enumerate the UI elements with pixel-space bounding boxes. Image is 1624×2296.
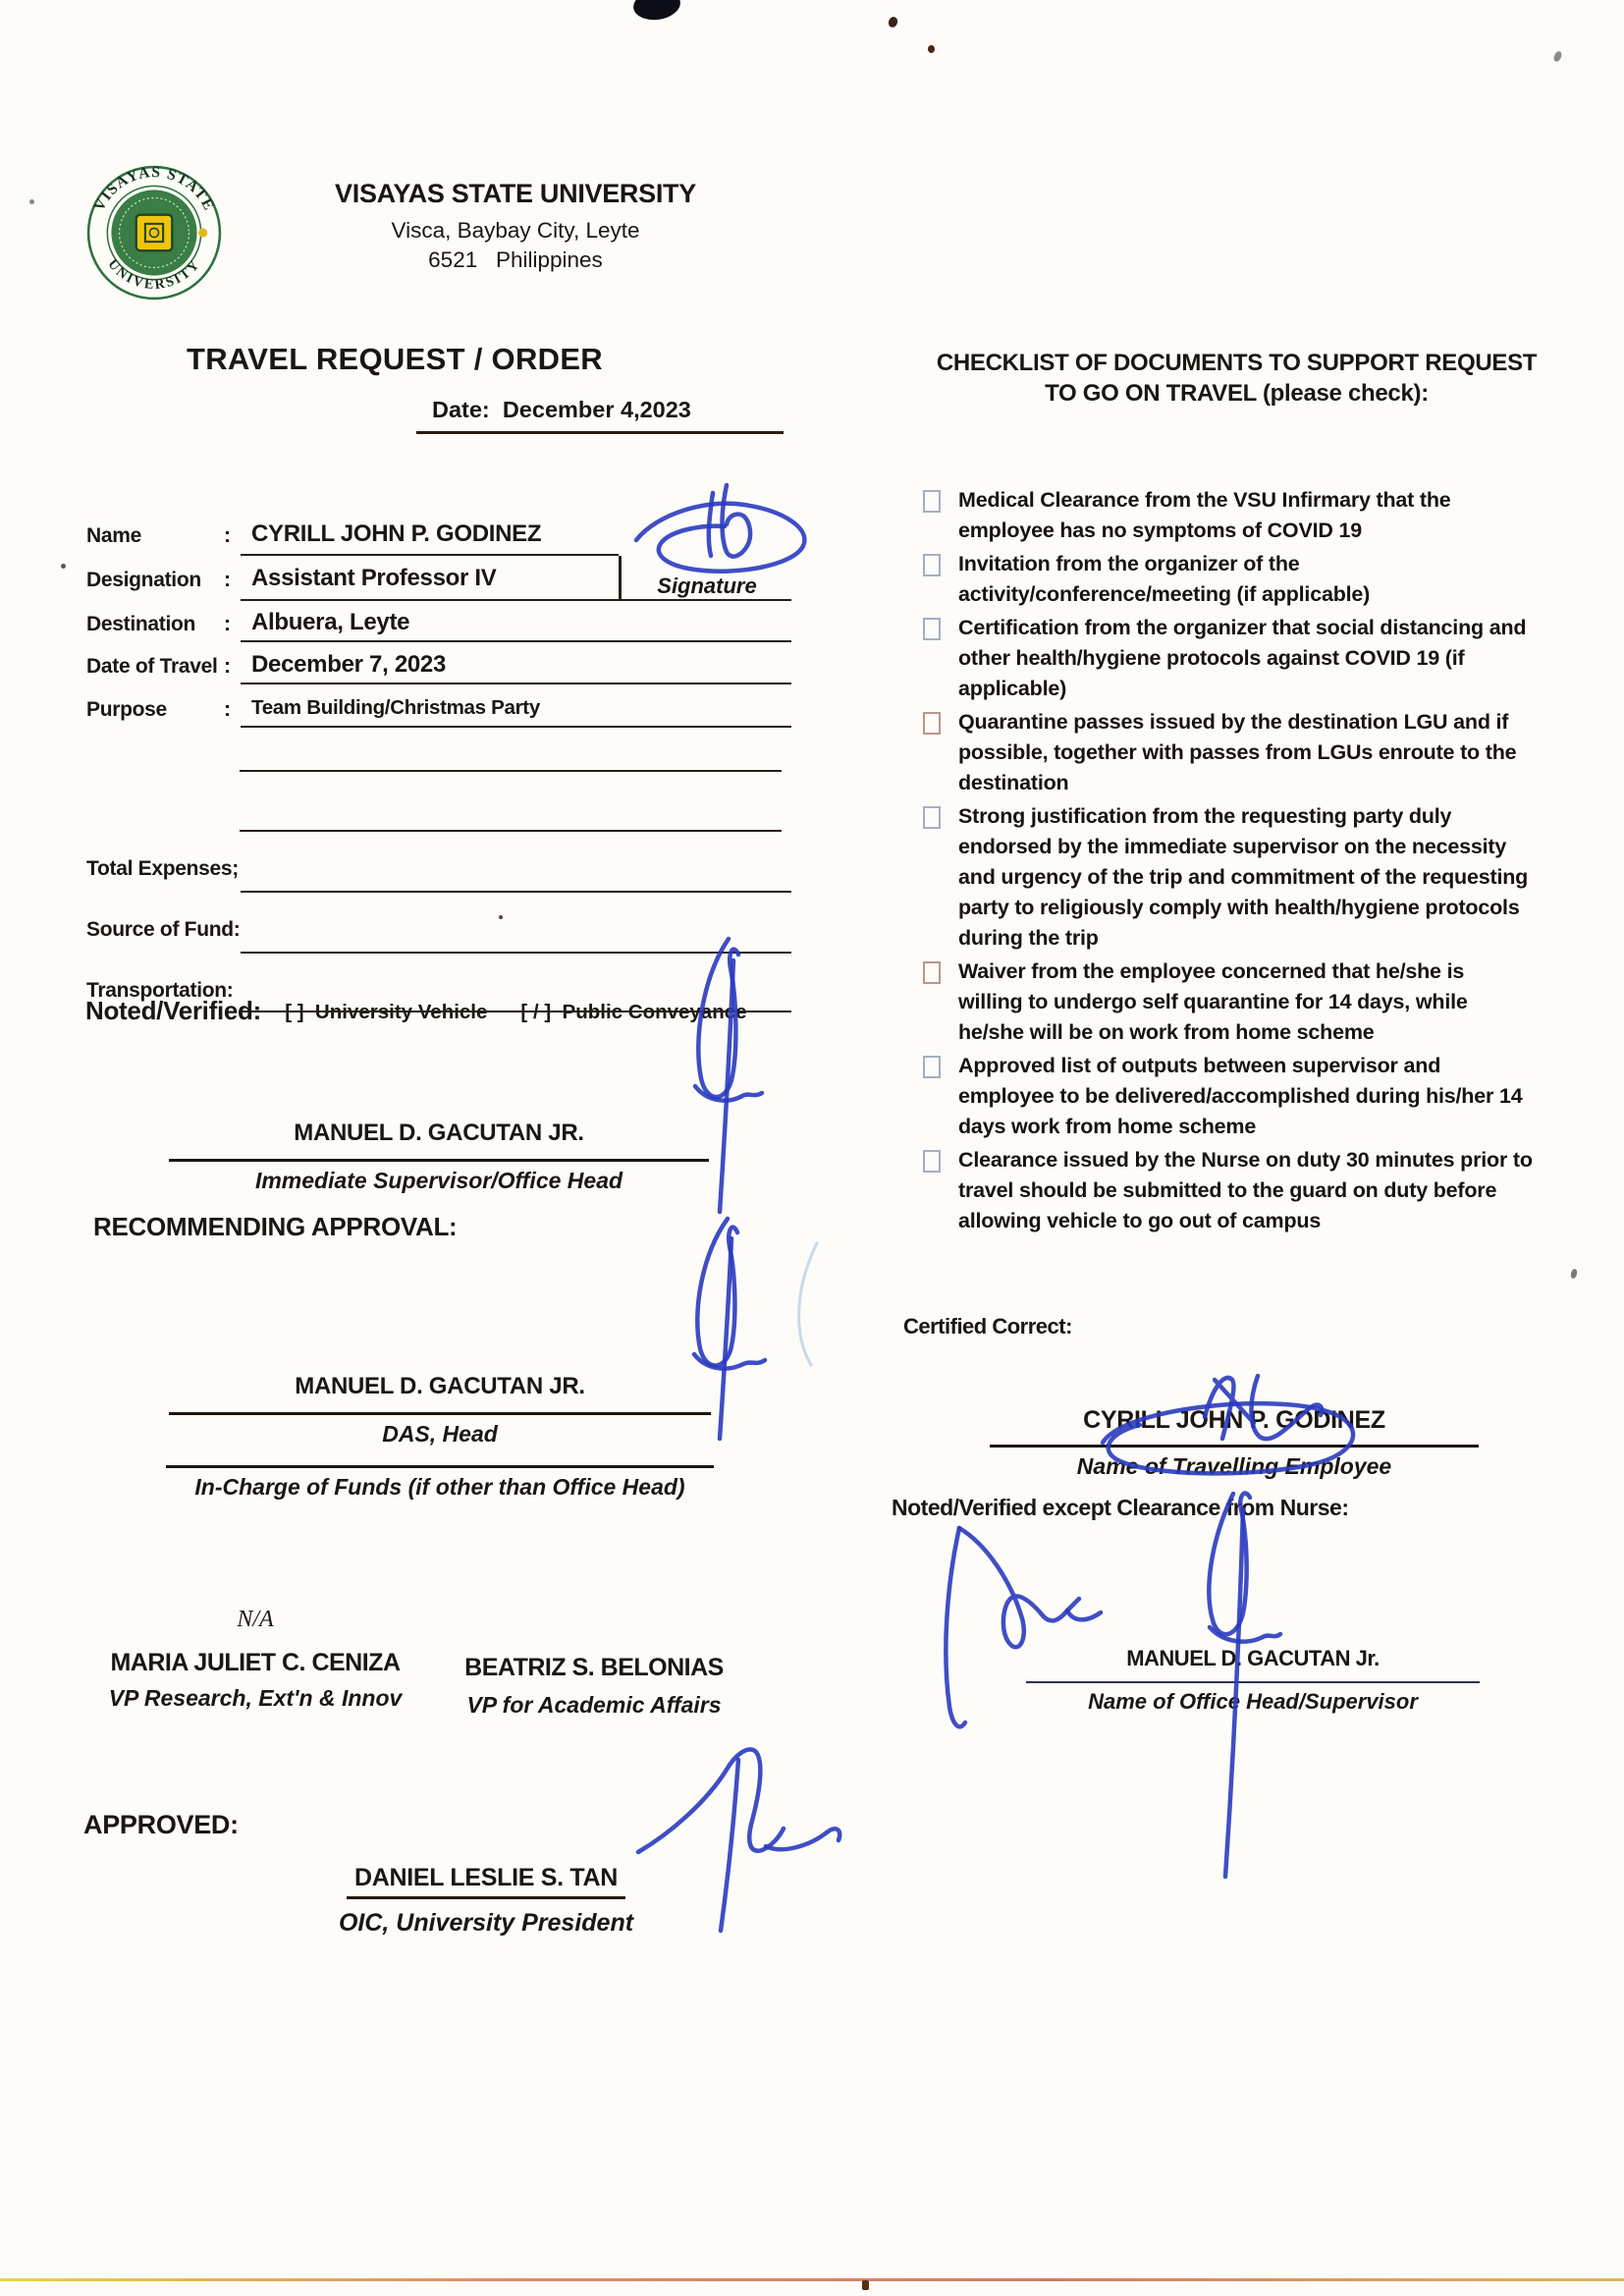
vp-research-name: MARIA JULIET C. CENIZA [93,1649,417,1677]
supervisor-name: MANUEL D. GACUTAN JR. [169,1120,709,1162]
checkbox-icon [923,1150,941,1173]
checkbox-icon [923,712,941,735]
checklist-item: Quarantine passes issued by the destinat… [923,707,1534,798]
checklist-heading-line1: CHECKLIST OF DOCUMENTS TO SUPPORT REQUES… [935,348,1539,378]
signature-cell-label: Signature [628,574,785,599]
scan-artifact-faint-ink-smudge [756,1235,844,1373]
checklist-item-text: Invitation from the organizer of the act… [958,549,1534,610]
travel-date-label: Date of Travel [86,655,218,679]
funds-caption: In-Charge of Funds (if other than Office… [166,1474,714,1501]
president-signature-block: DANIEL LESLIE S. TAN OIC, University Pre… [290,1864,682,1938]
university-seal-logo: VISAYAS STATE UNIVERSITY [84,163,224,302]
blank-line [240,770,782,772]
not-applicable-mark: N/A [93,1607,417,1633]
scan-artifact-dot [29,199,34,204]
total-expenses-label: Total Expenses; [86,857,239,881]
travel-date-value: December 7, 2023 [251,651,446,679]
purpose-label: Purpose [86,698,167,722]
scan-artifact-dot [61,564,66,569]
transportation-options: [ ] University Vehicle[ / ] Public Conve… [251,977,781,1048]
purpose-value: Team Building/Christmas Party [251,696,540,720]
office-head-caption: Name of Office Head/Supervisor [1026,1689,1480,1715]
checkbox-icon [923,961,941,984]
colon: : [224,613,231,636]
checklist-item-text: Certification from the organizer that so… [958,613,1534,704]
checklist-item: Waiver from the employee concerned that … [923,957,1534,1048]
supervisor-title: Immediate Supervisor/Office Head [169,1168,709,1194]
vp-academic-title: VP for Academic Affairs [432,1692,756,1719]
scanner-edge-line [0,2278,1624,2281]
date-value: December 4,2023 [503,397,691,422]
checkbox-icon [923,490,941,513]
vp-academic-name: BEATRIZ S. BELONIAS [432,1654,756,1682]
name-underline [241,554,619,556]
checkbox-icon [923,806,941,829]
purpose-underline [241,726,791,728]
total-expenses-underline [241,891,791,893]
travel-request-form: Name : CYRILL JOHN P. GODINEZ Designatio… [86,519,791,1029]
letterhead: VISAYAS STATE UNIVERSITY Visca, Baybay C… [295,179,736,275]
noted-verified-except-heading: Noted/Verified except Clearance from Nur… [892,1495,1349,1521]
scanned-travel-request-document: VISAYAS STATE UNIVERSITY VISAYAS STATE U… [0,0,1624,2296]
scan-artifact-dot [887,16,898,28]
destination-label: Destination [86,613,195,636]
seal-flower-dot [198,228,207,237]
approved-heading: APPROVED: [83,1810,239,1840]
travelling-employee-name: CYRILL JOHN P. GODINEZ [990,1406,1479,1448]
designation-underline [241,599,791,601]
scan-artifact-dot [1552,50,1563,63]
checklist-item-text: Clearance issued by the Nurse on duty 30… [958,1145,1534,1236]
in-charge-of-funds-block: In-Charge of Funds (if other than Office… [166,1426,714,1501]
checklist-item: Certification from the organizer that so… [923,613,1534,704]
office-head-block: MANUEL D. GACUTAN Jr. Name of Office Hea… [1026,1646,1480,1715]
checklist-heading-line2: TO GO ON TRAVEL (please check): [935,378,1539,409]
checklist-heading: CHECKLIST OF DOCUMENTS TO SUPPORT REQUES… [935,348,1539,409]
colon: : [224,698,231,722]
source-of-fund-label: Source of Fund: [86,918,241,942]
university-name: VISAYAS STATE UNIVERSITY [295,179,736,209]
designation-label: Designation [86,569,201,592]
university-address-line1: Visca, Baybay City, Leyte [295,216,736,246]
date-field: Date: December 4,2023 [416,397,784,434]
name-value: CYRILL JOHN P. GODINEZ [251,520,541,548]
travel-date-underline [241,683,791,684]
checklist-item: Approved list of outputs between supervi… [923,1051,1534,1142]
checklist-item: Medical Clearance from the VSU Infirmary… [923,485,1534,546]
vp-academic-block: BEATRIZ S. BELONIAS VP for Academic Affa… [432,1654,756,1719]
colon: : [224,524,231,548]
designation-value: Assistant Professor IV [251,565,497,592]
vp-research-block: N/A MARIA JULIET C. CENIZA VP Research, … [93,1607,417,1712]
checklist-item-text: Medical Clearance from the VSU Infirmary… [958,485,1534,546]
document-title: TRAVEL REQUEST / ORDER [187,342,603,377]
checklist-item-text: Quarantine passes issued by the destinat… [958,707,1534,798]
colon: : [224,655,231,679]
scan-artifact-dot [862,2280,869,2290]
scan-artifact-dot [1570,1268,1578,1279]
president-title: OIC, University President [290,1909,682,1938]
university-address-line2: 6521 Philippines [295,246,736,275]
office-head-name: MANUEL D. GACUTAN Jr. [1026,1646,1480,1683]
checklist-item: Clearance issued by the Nurse on duty 30… [923,1145,1534,1236]
name-label: Name [86,524,141,548]
date-label: Date: [432,397,490,422]
checklist-item: Invitation from the organizer of the act… [923,549,1534,610]
checklist-item-text: Waiver from the employee concerned that … [958,957,1534,1048]
das-head-name: MANUEL D. GACUTAN JR. [169,1373,711,1415]
travelling-employee-block: CYRILL JOHN P. GODINEZ Name of Travellin… [990,1406,1479,1480]
supervisor-signature-block: MANUEL D. GACUTAN JR. Immediate Supervis… [169,1120,709,1194]
scan-artifact-dot [928,45,935,53]
recommending-approval-heading: RECOMMENDING APPROVAL: [93,1212,457,1242]
checklist-item-text: Approved list of outputs between supervi… [958,1051,1534,1142]
travelling-employee-caption: Name of Travelling Employee [990,1453,1479,1480]
noted-verified-heading: Noted/Verified: [85,996,261,1026]
source-of-fund-underline [241,952,791,954]
transportation-underline [239,1011,791,1012]
colon: : [224,569,231,592]
checkbox-icon [923,618,941,640]
signature-cell-divider [619,556,622,601]
checklist-item: Strong justification from the requesting… [923,801,1534,954]
checkbox-icon [923,554,941,576]
destination-underline [241,640,791,642]
destination-value: Albuera, Leyte [251,609,409,636]
scan-artifact-ink-blob [631,0,682,23]
vp-research-title: VP Research, Ext'n & Innov [93,1685,417,1712]
checklist-item-text: Strong justification from the requesting… [958,801,1534,954]
blank-line [240,830,782,832]
certified-correct-heading: Certified Correct: [903,1314,1072,1339]
funds-signature-line [166,1426,714,1468]
president-name: DANIEL LESLIE S. TAN [347,1864,625,1899]
checkbox-icon [923,1056,941,1078]
checklist-items: Medical Clearance from the VSU Infirmary… [923,485,1534,1239]
